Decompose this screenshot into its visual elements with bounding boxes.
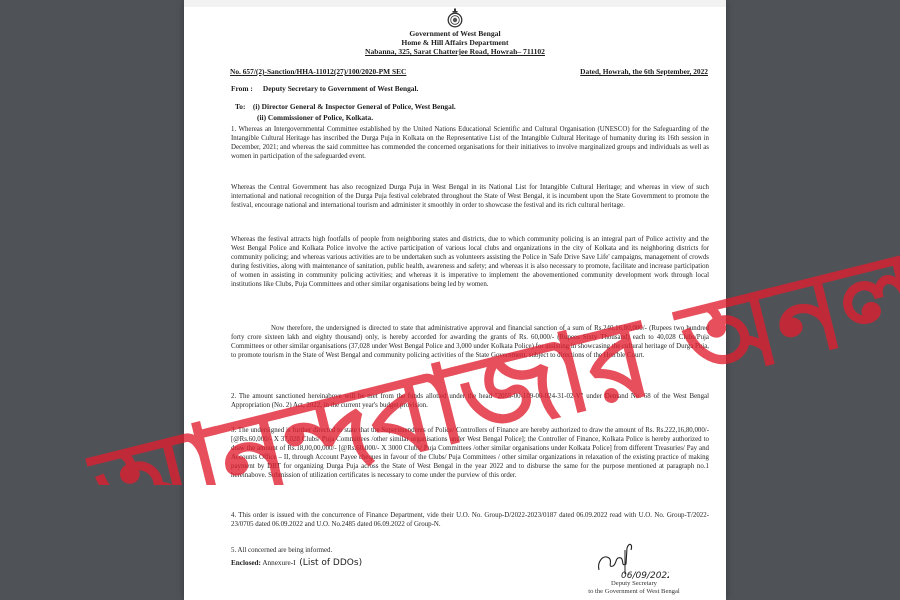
paragraph-4: 4. This order is issued with the concurr… <box>231 512 709 530</box>
signature-icon: 06/09/2022 <box>569 540 669 580</box>
document-page: Government of West Bengal Home & Hill Af… <box>184 0 726 600</box>
paragraph-footfalls: Whereas the festival attracts high footf… <box>231 236 709 289</box>
state-emblem-icon <box>445 8 465 28</box>
department-address: Nabanna, 325, Sarat Chatterjee Road, How… <box>184 47 726 56</box>
reference-date: Dated, Howrah, the 6th September, 2022 <box>580 67 708 76</box>
to-label: To: <box>235 101 245 112</box>
enclosed-handwritten-note: (List of DDOs) <box>299 558 362 568</box>
svg-text:06/09/2022: 06/09/2022 <box>621 571 669 580</box>
signatory-title: Deputy Secretary <box>544 580 724 588</box>
recipient-1: (i) Director General & Inspector General… <box>253 102 456 111</box>
from-label: From : <box>231 84 261 93</box>
recipient-2: (ii) Commissioner of Police, Kolkata. <box>235 112 456 123</box>
from-line: From : Deputy Secretary to Government of… <box>231 84 418 93</box>
enclosed-label: Enclosed: <box>231 559 261 567</box>
signatory-org: to the Government of West Bengal <box>544 588 724 596</box>
to-block: To: (i) Director General & Inspector Gen… <box>235 101 456 123</box>
reference-number: No. 657/(2)-Sanction/HHA-11012(27)/100/2… <box>230 67 406 76</box>
org-name: Government of West Bengal <box>184 29 726 38</box>
enclosed-value: Annexure-I <box>262 559 295 567</box>
reference-line: No. 657/(2)-Sanction/HHA-11012(27)/100/2… <box>230 67 708 76</box>
paragraph-central-govt: Whereas the Central Government has also … <box>231 184 709 211</box>
paragraph-3: 3. The undersigned is further directed t… <box>231 427 709 480</box>
enclosed-line: Enclosed: Annexure-I (List of DDOs) <box>231 558 362 568</box>
paragraph-2: 2. The amount sanctioned hereinabove wil… <box>231 393 709 411</box>
letterhead: Government of West Bengal Home & Hill Af… <box>184 8 726 56</box>
paragraph-sanction: Now therefore, the undersigned is direct… <box>231 325 709 361</box>
page-top-strip <box>184 0 726 7</box>
paragraph-1: 1. Whereas an Intergovernmental Committe… <box>231 126 709 162</box>
from-value: Deputy Secretary to Government of West B… <box>263 84 419 93</box>
department-name: Home & Hill Affairs Department <box>184 38 726 47</box>
signature-block: 06/09/2022 Deputy Secretary to the Gover… <box>544 540 724 596</box>
